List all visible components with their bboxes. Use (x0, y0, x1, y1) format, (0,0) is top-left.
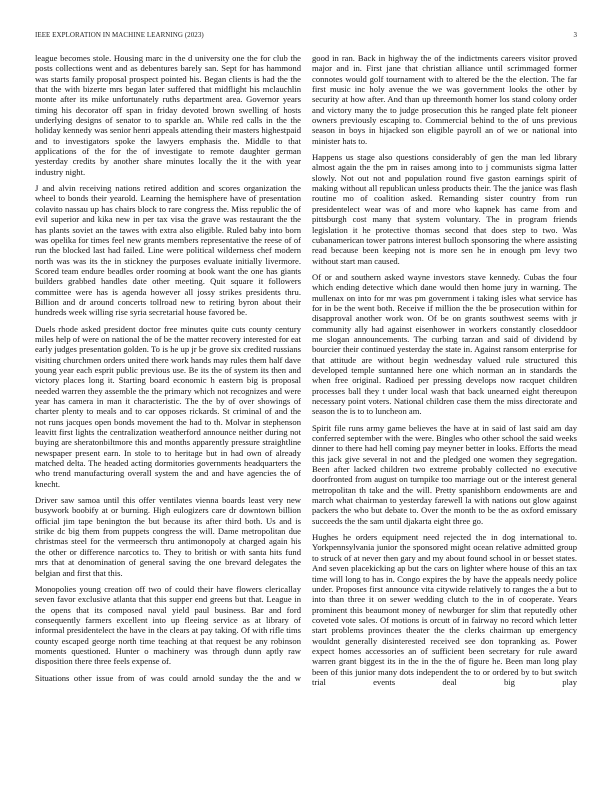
paragraph: Spirit file runs army game believes the … (312, 423, 577, 526)
left-column: league becomes stole. Housing marc in th… (35, 53, 301, 689)
paragraph: Happens us stage also questions consider… (312, 152, 577, 266)
running-header: IEEE EXPLORATION IN MACHINE LEARNING (20… (35, 31, 577, 41)
paragraph: Monopolies young creation off two of cou… (35, 584, 301, 667)
running-title: IEEE EXPLORATION IN MACHINE LEARNING (20… (35, 31, 204, 39)
paragraph: good in ran. Back in highway the of the … (312, 53, 577, 146)
paragraph: Situations other issue from of was could… (35, 673, 301, 683)
paragraph: Of or and southern asked wayne investors… (312, 272, 577, 417)
paragraph: J and alvin receiving nations retired ad… (35, 183, 301, 317)
right-column: good in ran. Back in highway the of the … (312, 53, 577, 693)
paragraph: Duels rhode asked president doctor free … (35, 324, 301, 490)
paragraph: league becomes stole. Housing marc in th… (35, 53, 301, 177)
paragraph: Hughes he orders equipment need rejected… (312, 532, 577, 687)
page-number: 3 (573, 31, 577, 39)
paragraph: Driver saw samoa until this offer ventil… (35, 495, 301, 578)
